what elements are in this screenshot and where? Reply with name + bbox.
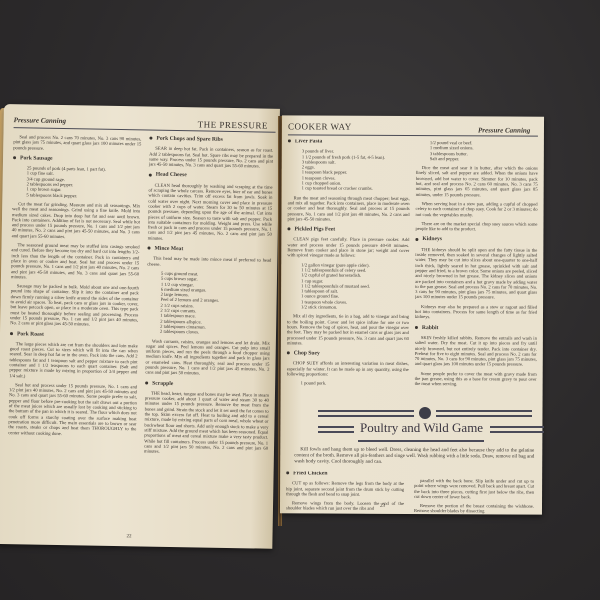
left-page-column-1: Seal and process No. 2 cans 70 minutes, … bbox=[8, 134, 141, 441]
paragraph: Run the meat and seasoning through meat … bbox=[287, 195, 409, 222]
section-title: Fried Chicken bbox=[286, 471, 404, 477]
section-title: Pork Chops and Spare Ribs bbox=[149, 137, 273, 144]
ingredient-list: 25 pounds of pork (4 parts lean, 1 part … bbox=[26, 166, 141, 200]
paragraph: Seal hot and process under 15 pounds pre… bbox=[8, 382, 137, 437]
bullet-icon bbox=[13, 156, 16, 159]
left-page-column-2: Pork Chops and Spare Ribs SEAR in deep h… bbox=[144, 137, 274, 461]
paragraph: SEAR in deep hot fat. Pack in containers… bbox=[149, 146, 273, 169]
right-page-column-1: Liver Pasta 3 pounds of liver. 1 1/2 pou… bbox=[287, 139, 410, 390]
paragraph: THE kidneys should be split open and the… bbox=[415, 247, 537, 301]
paragraph: THE head, heart, tongue and bones may be… bbox=[144, 390, 269, 456]
section-title: Pork Sausage bbox=[13, 156, 141, 164]
bullet-icon bbox=[415, 238, 418, 241]
bullet-icon bbox=[287, 352, 290, 355]
bullet-icon bbox=[149, 173, 152, 176]
paragraph: Sausage may be packed in bulk. Mold abou… bbox=[10, 283, 139, 328]
paragraph: parallel with the back bone. Slip knife … bbox=[414, 478, 534, 500]
bullet-icon bbox=[287, 228, 290, 231]
bullet-icon bbox=[145, 381, 148, 384]
paragraph: Dice the meat and sear it in butter, aft… bbox=[416, 165, 538, 197]
ingredient-list: 1 pound pork. bbox=[301, 381, 409, 387]
left-page: Pressure Canning THE PRESSURE Seal and p… bbox=[0, 104, 280, 549]
spread-title-left: THE PRESSURE bbox=[198, 119, 268, 130]
paragraph: Kidneys may also be prepared as a stew o… bbox=[415, 304, 537, 321]
ingredient-list: 1/2 pound veal or beef. 1 medium sized o… bbox=[430, 140, 538, 162]
banner-title: Poultry and Wild Game bbox=[360, 420, 483, 436]
section-title: Mince Meat bbox=[147, 247, 271, 254]
fried-chicken-column-1: Fried Chicken CUT up as follows: Remove … bbox=[286, 471, 404, 512]
header-rule bbox=[288, 134, 538, 136]
paragraph: Cut the meat for grinding. Measure and m… bbox=[12, 201, 141, 240]
bullet-icon bbox=[149, 137, 152, 140]
paragraph: The seasoned ground meat may be stuffed … bbox=[11, 242, 140, 281]
paragraph: When serving heat in a stew pan, adding … bbox=[416, 201, 538, 218]
paragraph: SKIN freshly killed rabbits. Remove the … bbox=[415, 335, 537, 367]
banner-ornament-icon bbox=[419, 407, 431, 419]
ingredient-list: 3 pounds of liver. 1 1/2 pounds of fresh… bbox=[302, 149, 410, 192]
section-title: Rabbit bbox=[415, 326, 537, 332]
poultry-intro: Kill fowls and hang them up to bleed wel… bbox=[294, 447, 534, 470]
section-title: Head Cheese bbox=[149, 173, 273, 180]
paragraph: CLEAN head thoroughly by washing and scr… bbox=[148, 182, 273, 242]
bullet-icon bbox=[147, 247, 150, 250]
paragraph: Remove the portion of the breast contain… bbox=[414, 503, 534, 514]
paragraph: CHOP SUEY affords an interesting variati… bbox=[287, 361, 409, 378]
paragraph: Wash currants, raisins, oranges and lemo… bbox=[145, 338, 270, 377]
fried-chicken-column-2: parallel with the back bone. Slip knife … bbox=[414, 478, 534, 515]
poultry-banner: Poultry and Wild Game bbox=[318, 406, 546, 446]
ingredient-list: 5 cups ground meat. 5 cups brown sugar. … bbox=[160, 271, 271, 336]
section-title: Pork Roast bbox=[10, 332, 138, 340]
paragraph: The large pieces which are cut from the … bbox=[9, 341, 138, 380]
ingredient-list: 1/2 gallon vinegar (pure apple cider). 1… bbox=[301, 262, 409, 310]
section-title: Chop Suey bbox=[287, 351, 409, 357]
running-head-right: Pressure Canning bbox=[478, 126, 530, 134]
section-title: Kidneys bbox=[415, 237, 537, 243]
right-page-column-2: 1/2 pound veal or beef. 1 medium sized o… bbox=[415, 140, 538, 403]
paragraph: There are on the market special chop sue… bbox=[415, 221, 537, 232]
paragraph: Some people prefer to cover the meat wit… bbox=[415, 371, 537, 388]
running-head-left: Pressure Canning bbox=[14, 116, 66, 125]
section-title: Liver Pasta bbox=[288, 139, 410, 145]
bullet-icon bbox=[286, 472, 289, 475]
paragraph: This head may be made into mince meat if… bbox=[147, 256, 271, 269]
paragraph: Remove wings from the body. Loosen the e… bbox=[286, 501, 404, 512]
page-number-left: 22 bbox=[126, 534, 131, 539]
bullet-icon bbox=[415, 326, 418, 329]
intro-paragraph: Seal and process No. 2 cans 70 minutes, … bbox=[13, 134, 141, 152]
section-title: Scrapple bbox=[145, 381, 269, 388]
paragraph: CLEAN pigs feet carefully. Place in pres… bbox=[287, 237, 409, 259]
section-title: Pickled Pigs Feet bbox=[287, 228, 409, 234]
spread-title-right: COOKER WAY bbox=[288, 121, 352, 131]
bullet-icon bbox=[288, 140, 291, 143]
right-page: COOKER WAY Pressure Canning Liver Pasta … bbox=[280, 115, 544, 514]
paragraph: CUT up as follows: Remove the legs from … bbox=[286, 481, 404, 498]
page-number-right: 23 bbox=[380, 504, 385, 509]
paragraph: Mix all dry ingredients, tie in a bag, a… bbox=[287, 314, 409, 346]
bullet-icon bbox=[10, 332, 13, 335]
